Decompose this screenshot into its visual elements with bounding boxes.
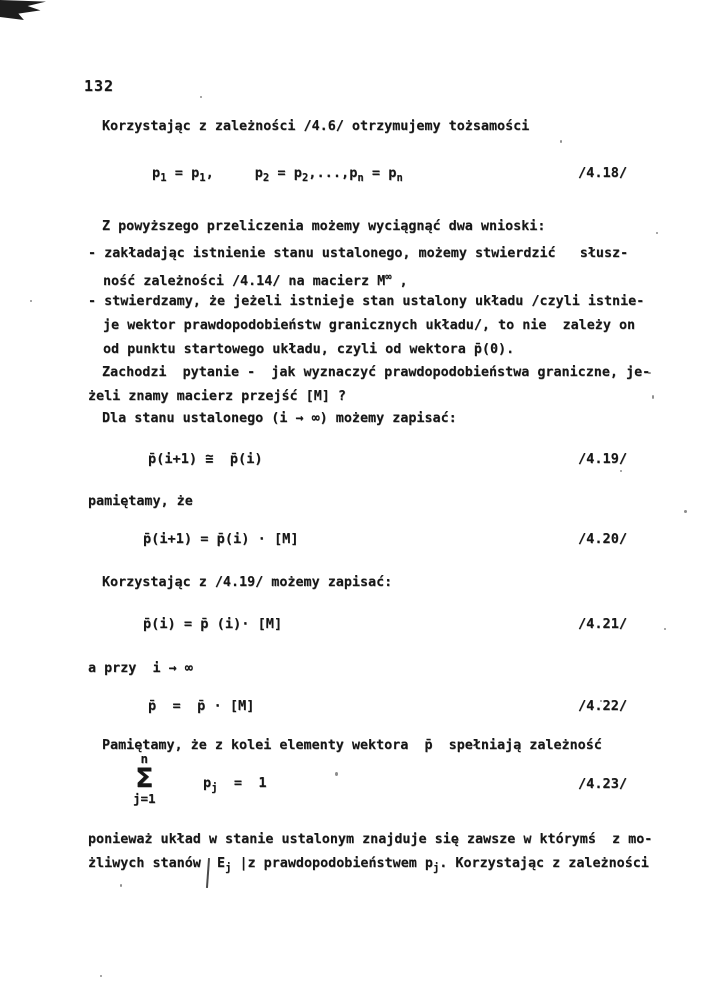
equation-4-23-rhs: pj = 1 [203,775,267,797]
paragraph-intro: Korzystając z zależności /4.6/ otrzymuje… [102,118,529,135]
equation-4-18: p1 = p1, p2 = p2,...,pn = pn [152,165,403,187]
equation-4-23-sum: n Σ j=1 [133,752,156,805]
equation-4-20: p̄(i+1) = p̄(i) · [M] [143,531,299,548]
paragraph-using-419: Korzystając z /4.19/ możemy zapisać: [102,574,392,591]
paragraph-because-line-2: żliwych stanów Ej |z prawdopodobieństwem… [88,855,649,877]
equation-4-21: p̄(i) = p̄ (i)· [M] [143,616,282,633]
scan-speckle [560,140,562,143]
equation-label-4-20: /4.20/ [578,531,627,548]
scan-speckle [664,628,666,630]
bullet-2-line-2: je wektor prawdopodobieństw granicznych … [103,317,635,334]
scan-smudge-artifact [0,0,46,20]
scan-speckle [600,700,602,702]
equation-4-19: p̄(i+1) ≅ p̄(i) [148,451,263,468]
paragraph-because-line-1: ponieważ układ w stanie ustalonym znajdu… [88,831,652,848]
paragraph-question-line-1: Zachodzi pytanie - jak wyznaczyć prawdop… [102,364,650,381]
bullet-2-line-1: - stwierdzamy, że jeżeli istnieje stan u… [88,293,644,310]
page-number: 132 [84,78,114,95]
equation-label-4-19: /4.19/ [578,451,627,468]
bullet-2-line-3: od punktu startowego układu, czyli od we… [103,341,514,358]
scan-speckle [100,975,102,977]
scan-speckle [335,772,338,776]
equation-4-22: p̄ = p̄ · [M] [148,698,254,715]
paragraph-vector-elements: Pamiętamy, że z kolei elementy wektora p… [102,737,602,754]
bullet-1-line-2: ność zależności /4.14/ na macierz M∞ , [103,269,408,290]
scan-speckle [120,884,122,887]
paragraph-remember: pamiętamy, że [88,493,193,510]
sigma-symbol: Σ [135,765,153,792]
equation-label-4-21: /4.21/ [578,616,627,633]
scan-speckle [656,232,658,234]
equation-label-4-18: /4.18/ [578,165,627,182]
scan-speckle [200,96,202,98]
equation-label-4-23: /4.23/ [578,776,627,793]
scan-speckle [648,372,651,374]
scan-speckle [684,510,687,513]
scan-speckle [620,470,622,472]
equation-label-4-22: /4.22/ [578,698,627,715]
scanned-document-page: 132 Korzystając z zależności /4.6/ otrzy… [0,0,705,1007]
paragraph-as-i-infinity: a przy i → ∞ [88,660,193,677]
paragraph-question-line-2: żeli znamy macierz przejść [M] ? [88,388,346,405]
scan-speckle [30,300,32,302]
bullet-1-line-1: - zakładając istnienie stanu ustalonego,… [88,245,628,262]
scan-speckle [652,395,654,399]
paragraph-conclusions-intro: Z powyższego przeliczenia możemy wyciągn… [102,218,545,235]
paragraph-steady-state: Dla stanu ustalonego (i → ∞) możemy zapi… [102,410,457,427]
sum-lower-limit: j=1 [133,792,156,805]
